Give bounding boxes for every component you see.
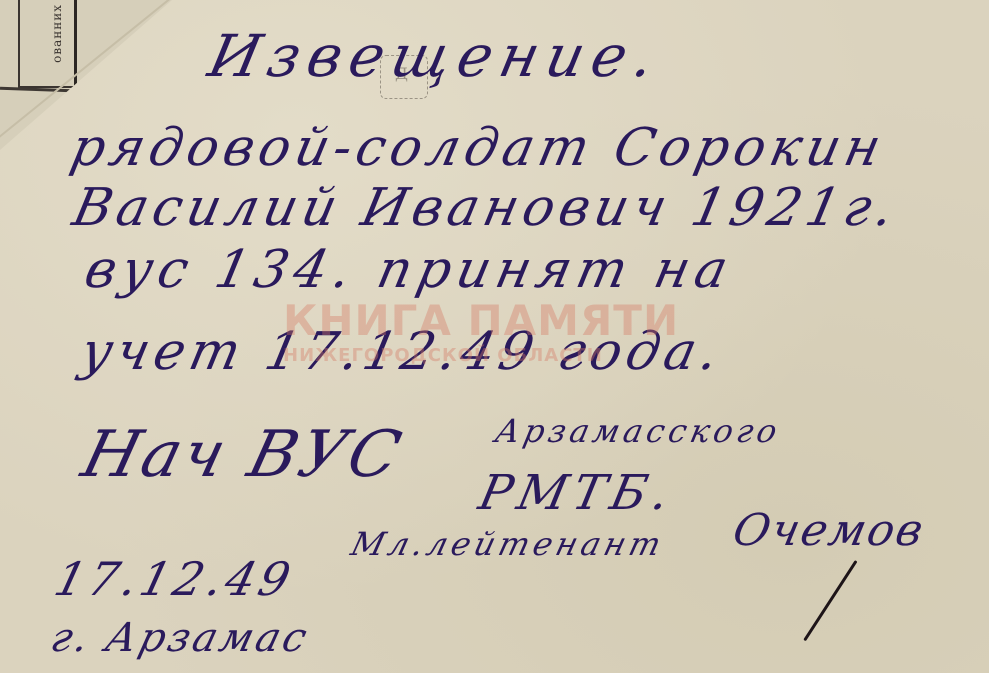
text-line-full-name-year: Василий Иванович 1921г. <box>68 178 904 238</box>
signature-flourish <box>803 560 857 641</box>
document-title: Извещение. <box>203 22 668 90</box>
document-scan: ованних Д Извещение. рядовой-солдат Соро… <box>0 0 989 673</box>
signature: Очемов <box>729 505 930 556</box>
signature-position-lower: РМТБ. <box>474 465 680 521</box>
signature-position-main: Нач ВУС <box>75 418 411 492</box>
document-place: г. Арзамас <box>46 615 314 661</box>
form-box <box>18 0 77 88</box>
text-line-rank-name: рядовой-солдат Сорокин <box>66 118 891 178</box>
form-fragment-text: ованних <box>50 4 64 63</box>
signature-position-upper: Арзамасского <box>492 412 785 450</box>
signature-rank: Мл.лейтенант <box>347 525 669 563</box>
text-line-vus-accepted: вус 134. принят на <box>80 240 739 300</box>
watermark-subtitle: НИЖЕГОРОДСКОЙ ОБЛАСТИ <box>283 345 603 366</box>
watermark-title: КНИГА ПАМЯТИ <box>283 296 679 345</box>
document-date: 17.12.49 <box>49 552 299 606</box>
